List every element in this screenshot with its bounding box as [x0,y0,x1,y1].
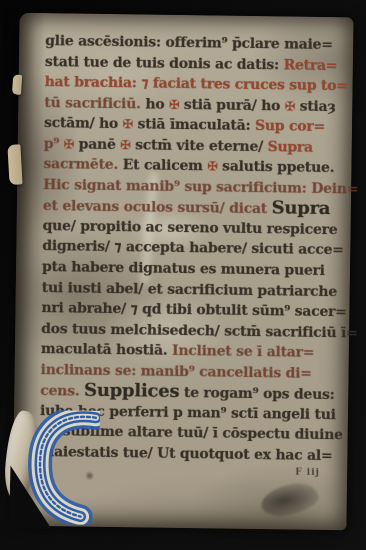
text-segment: tui iusti abel/ et sacrificium patriarch… [42,280,337,300]
text-segment: Retra= [284,57,338,74]
maltese-cross-icon: ✠ [120,137,130,152]
maltese-cross-icon: ✠ [169,96,179,111]
text-segment: que/ propitio ac sereno vultu respicere [43,218,338,238]
text-segment: te rogam⁹ ops deus: [179,385,335,403]
text-segment: sacrmēte. [43,156,122,173]
text-segment: tū sacrificiū. [44,95,145,112]
text-segment: sctm̄ vite eterne/ [130,137,267,155]
text-segment: digneris/ ⁊ accepta habere/ sicuti acce= [42,239,344,259]
blue-penwork-ornament [26,410,100,525]
text-segment: Supra [272,198,331,220]
maltese-cross-icon: ✠ [207,159,217,174]
text-block: glie ascēsionis: offerim⁹ p̄clare maie=s… [39,31,348,467]
text-segment: Et calicem [123,157,208,174]
maltese-cross-icon: ✠ [285,98,295,113]
text-segment: cens. [40,383,84,400]
text-segment: panē [74,136,120,153]
text-segment: maculatā hostiā. [41,341,172,359]
maltese-cross-icon: ✠ [123,116,133,131]
text-segment: nri abrahe/ ⁊ qd tibi obtulit sūm⁹ sacer… [41,300,346,320]
signature-mark: F iij [295,468,320,478]
maltese-cross-icon: ✠ [64,136,74,151]
text-segment: Sup cor= [255,118,325,135]
text-segment: Hic signat manib⁹ sup sacrificium: Dein= [43,177,358,197]
text-segment: Inclinet se ī altar= [172,343,314,361]
text-segment: Supra [267,139,313,156]
text-segment: hat brachia: ⁊ faciat tres cruces sup to… [45,74,348,94]
text-segment: p⁹ [44,136,64,152]
edge-tab [7,144,22,185]
photo-stage: glie ascēsionis: offerim⁹ p̄clare maie=s… [0,0,366,550]
text-segment: inclinans se: manib⁹ cancellatis di= [41,362,312,382]
text-segment: salutis ppetue. [217,159,334,177]
text-segment: dos tuus melchisedech/ sctm̄ sacrificiū … [41,321,358,341]
text-segment: stiā purā/ ho [179,97,285,114]
text-segment: stati tue de tuis donis ac datis: [45,54,284,73]
text-segment: stiaȝ [295,98,336,115]
manuscript-page: glie ascēsionis: offerim⁹ p̄clare maie=s… [12,13,353,531]
text-segment: pta habere dignatus es munera pueri [42,259,325,279]
text-segment: stiā īmaculatā: [133,116,255,134]
text-segment: Supplices [84,380,180,402]
text-segment: ho [145,96,169,112]
ink-blot [258,479,321,520]
text-segment: sctām/ ho [44,115,123,132]
text-segment: glie ascēsionis: offerim⁹ p̄clare maie= [45,33,333,53]
text-segment: et elevans oculos sursū/ dicat [43,198,272,217]
edge-tab [12,74,22,95]
